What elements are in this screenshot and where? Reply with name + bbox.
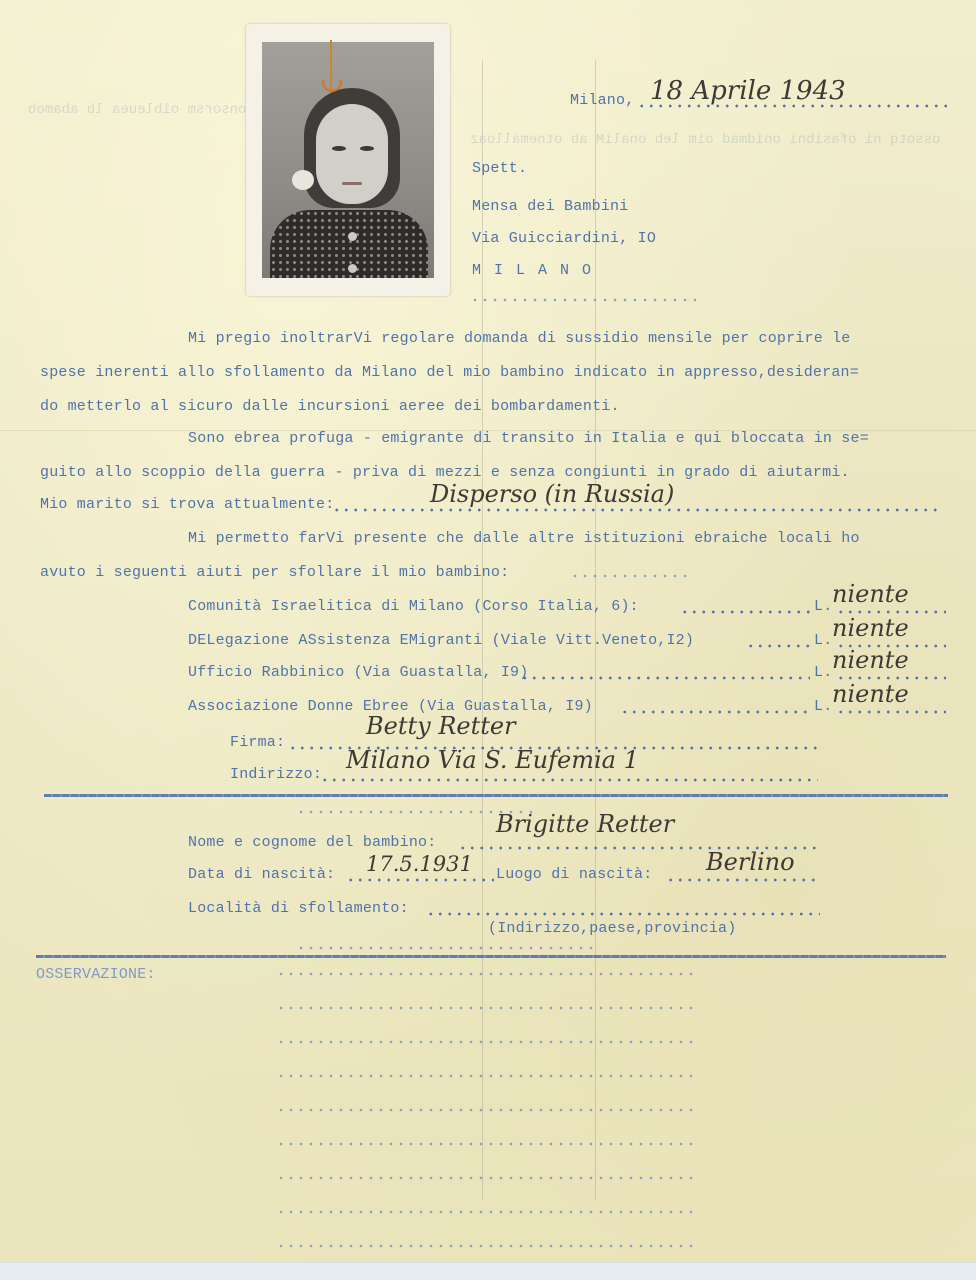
- aid-amount: niente: [832, 646, 909, 674]
- child-name-handwritten: Brigitte Retter: [496, 810, 674, 838]
- signature-handwritten: Betty Retter: [366, 712, 516, 740]
- aid-amount: niente: [832, 680, 909, 708]
- paragraph-3-dotted-line: [570, 574, 690, 578]
- aid-amount: niente: [832, 614, 909, 642]
- recipient-dotted-line: [470, 298, 696, 302]
- birth-place-dotted-line: [666, 878, 820, 882]
- observation-line[interactable]: [276, 1176, 694, 1180]
- recipient-street: Via Guicciardini, IO: [472, 230, 656, 247]
- paragraph-1-line-1: Mi pregio inoltrarVi regolare domanda di…: [188, 330, 851, 347]
- observation-line[interactable]: [276, 1108, 694, 1112]
- aid-currency: L.: [814, 664, 832, 681]
- place-label: Milano,: [570, 92, 634, 109]
- scanner-bed-edge: [0, 1262, 976, 1280]
- recipient-city: M I L A N O: [472, 262, 593, 279]
- evacuation-bottom-dotted-line: [296, 946, 596, 950]
- section-divider: [36, 955, 946, 958]
- photo-coat-button: [348, 232, 357, 241]
- photo-eye: [332, 146, 346, 151]
- bleed-through-text: ossotq ni ofasibni onidmad oim leb onali…: [470, 132, 940, 148]
- observation-line[interactable]: [276, 972, 694, 976]
- handwritten-date: 18 Aprile 1943: [650, 76, 846, 106]
- observation-line[interactable]: [276, 1006, 694, 1010]
- aid-dotted-line: [746, 644, 810, 648]
- evacuation-label: Località di sfollamento:: [188, 900, 409, 917]
- child-name-label: Nome e cognome del bambino:: [188, 834, 436, 851]
- aid-dotted-line: [520, 676, 810, 680]
- photo-image: [262, 42, 434, 278]
- firma-label: Firma:: [230, 734, 285, 751]
- paragraph-3-line-2: avuto i seguenti aiuti per sfollare il m…: [40, 564, 509, 581]
- husband-status-label: Mio marito si trova attualmente:: [40, 496, 334, 513]
- birth-date-dotted-line: [346, 878, 494, 882]
- paragraph-1-line-2: spese inerenti allo sfollamento da Milan…: [40, 364, 859, 381]
- address-handwritten: Milano Via S. Eufemia 1: [346, 746, 639, 774]
- paragraph-2-line-1: Sono ebrea profuga - emigrante di transi…: [188, 430, 869, 447]
- observation-line[interactable]: [276, 1244, 694, 1248]
- observation-line[interactable]: [276, 1074, 694, 1078]
- aid-institution: Comunità Israelitica di Milano (Corso It…: [188, 598, 639, 615]
- aid-dotted-line: [680, 610, 810, 614]
- indirizzo-dotted-line: [320, 778, 818, 782]
- aid-dotted-line: [620, 710, 810, 714]
- paragraph-3-line-1: Mi permetto farVi presente che dalle alt…: [188, 530, 860, 547]
- birth-place-handwritten: Berlino: [706, 848, 795, 876]
- observation-line[interactable]: [276, 1210, 694, 1214]
- evacuation-hint: (Indirizzo,paese,provincia): [488, 920, 736, 937]
- photo-hair-bow: [292, 170, 314, 190]
- observation-line[interactable]: [276, 1142, 694, 1146]
- evacuation-dotted-line: [426, 912, 820, 916]
- recipient-name: Mensa dei Bambini: [472, 198, 628, 215]
- salutation: Spett.: [472, 160, 527, 177]
- indirizzo-label: Indirizzo:: [230, 766, 322, 783]
- aid-currency: L.: [814, 698, 832, 715]
- aid-currency: L.: [814, 598, 832, 615]
- section-divider: [44, 794, 948, 797]
- observations-label: OSSERVAZIONE:: [36, 966, 156, 983]
- photo-face: [316, 104, 388, 204]
- child-photo: [246, 24, 450, 296]
- aid-currency: L.: [814, 632, 832, 649]
- paper-sheet: [0, 0, 976, 1262]
- aid-amount: niente: [832, 580, 909, 608]
- observation-line[interactable]: [276, 1040, 694, 1044]
- birth-date-label: Data di nascità:: [188, 866, 335, 883]
- paragraph-1-line-3: do metterlo al sicuro dalle incursioni a…: [40, 398, 620, 415]
- birth-date-handwritten: 17.5.1931: [366, 852, 473, 876]
- aid-dotted-line: [836, 710, 946, 714]
- birth-place-label: Luogo di nascità:: [496, 866, 652, 883]
- photo-coat-button: [348, 264, 357, 273]
- photo-mouth: [342, 182, 362, 185]
- aid-institution: Ufficio Rabbinico (Via Guastalla, I9): [188, 664, 528, 681]
- husband-status-dotted-line: [332, 508, 942, 512]
- photo-eye: [360, 146, 374, 151]
- husband-status-handwritten: Disperso (in Russia): [430, 480, 674, 508]
- paragraph-2-line-2: guito allo scoppio della guerra - priva …: [40, 464, 850, 481]
- aid-institution: DELegazione ASsistenza EMigranti (Viale …: [188, 632, 694, 649]
